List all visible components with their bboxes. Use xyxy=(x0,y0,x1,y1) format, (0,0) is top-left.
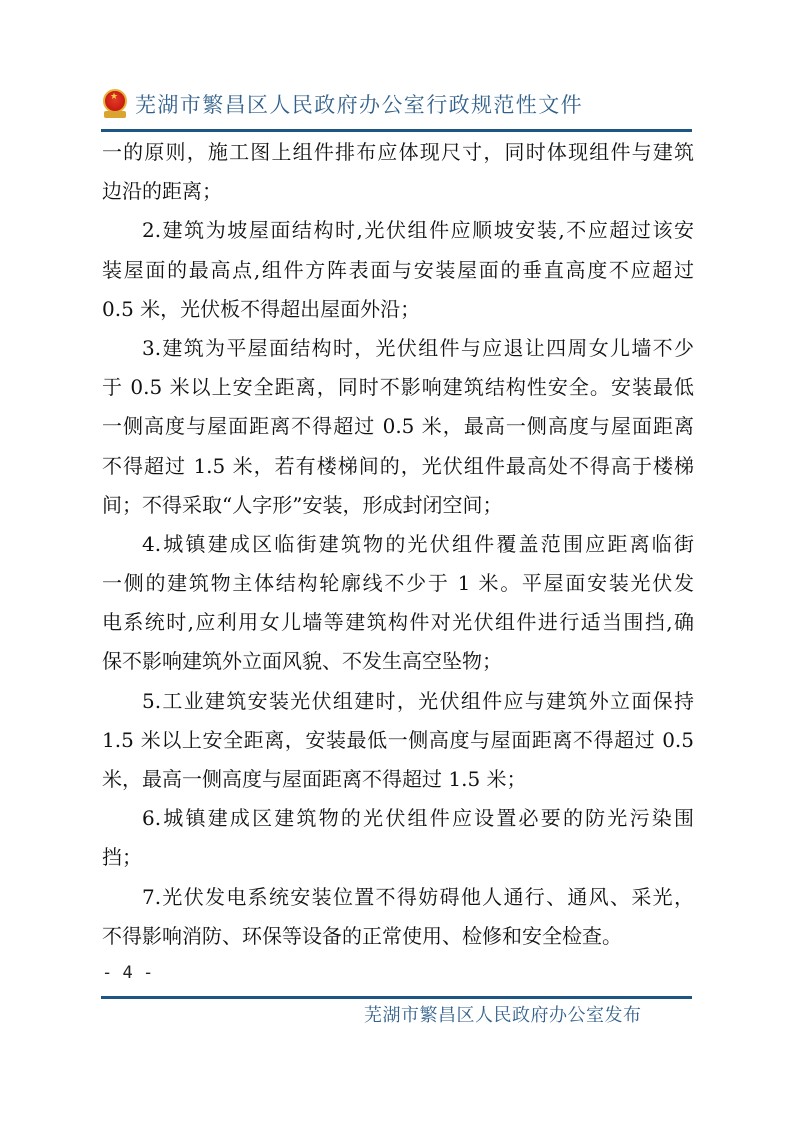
page-number: - 4 - xyxy=(102,963,153,983)
header-divider xyxy=(101,129,692,132)
body-line: 边沿的距离； xyxy=(102,172,694,211)
footer-publisher: 芜湖市繁昌区人民政府办公室发布 xyxy=(364,1001,642,1027)
body-line: 0.5 米，光伏板不得超出屋面外沿； xyxy=(102,290,694,329)
body-line: 不得超过 1.5 米，若有楼梯间的，光伏组件最高处不得高于楼梯 xyxy=(102,447,694,486)
body-line: 电系统时,应利用女儿墙等建筑构件对光伏组件进行适当围挡,确 xyxy=(102,603,694,642)
body-line: 米，最高一侧高度与屋面距离不得超过 1.5 米； xyxy=(102,760,694,799)
body-line: 1.5 米以上安全距离，安装最低一侧高度与屋面距离不得超过 0.5 xyxy=(102,721,694,760)
header-title: 芜湖市繁昌区人民政府办公室行政规范性文件 xyxy=(135,89,583,119)
body-line: 保不影响建筑外立面风貌、不发生高空坠物； xyxy=(102,642,694,681)
clause-2-start: 2.建筑为坡屋面结构时,光伏组件应顺坡安装,不应超过该安 xyxy=(102,211,694,250)
body-line: 挡； xyxy=(102,838,694,877)
footer-divider xyxy=(101,996,692,999)
document-header: ★ 芜湖市繁昌区人民政府办公室行政规范性文件 xyxy=(101,86,583,122)
body-line: 间；不得采取“人字形”安装，形成封闭空间； xyxy=(102,486,694,525)
clause-5-start: 5.工业建筑安装光伏组建时，光伏组件应与建筑外立面保持 xyxy=(102,682,694,721)
clause-6-start: 6.城镇建成区建筑物的光伏组件应设置必要的防光污染围 xyxy=(102,799,694,838)
body-line: 装屋面的最高点,组件方阵表面与安装屋面的垂直高度不应超过 xyxy=(102,251,694,290)
clause-3-start: 3.建筑为平屋面结构时，光伏组件与应退让四周女儿墙不少 xyxy=(102,329,694,368)
clause-7-start: 7.光伏发电系统安装位置不得妨碍他人通行、通风、采光， xyxy=(102,878,694,917)
national-emblem-icon: ★ xyxy=(101,89,129,119)
body-line: 不得影响消防、环保等设备的正常使用、检修和安全检查。 xyxy=(102,917,694,956)
body-line: 一侧高度与屋面距离不得超过 0.5 米，最高一侧高度与屋面距离 xyxy=(102,407,694,446)
clause-4-start: 4.城镇建成区临街建筑物的光伏组件覆盖范围应距离临街 xyxy=(102,525,694,564)
document-body: 一的原则，施工图上组件排布应体现尺寸，同时体现组件与建筑 边沿的距离； 2.建筑… xyxy=(102,133,694,956)
body-line: 一的原则，施工图上组件排布应体现尺寸，同时体现组件与建筑 xyxy=(102,133,694,172)
body-line: 一侧的建筑物主体结构轮廓线不少于 1 米。平屋面安装光伏发 xyxy=(102,564,694,603)
body-line: 于 0.5 米以上安全距离，同时不影响建筑结构性安全。安装最低 xyxy=(102,368,694,407)
